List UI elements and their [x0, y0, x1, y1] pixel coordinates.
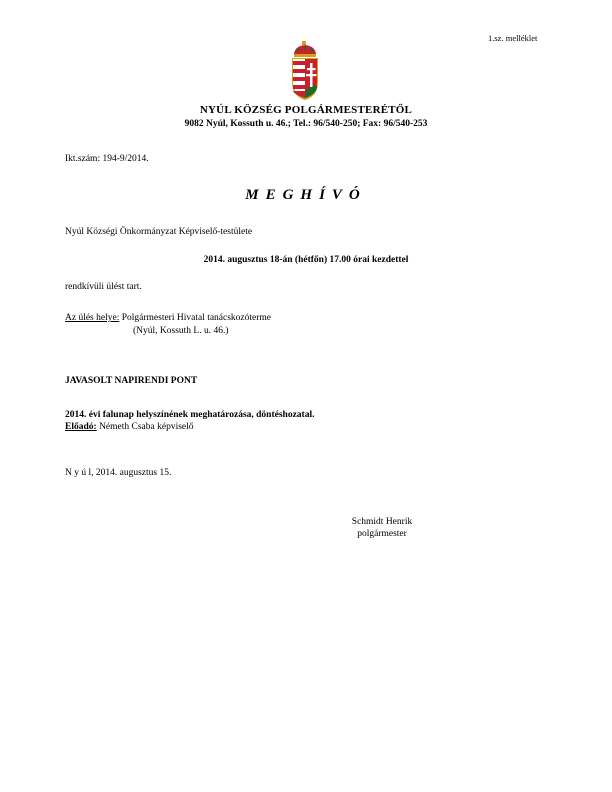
- body-line-council: Nyúl Községi Önkormányzat Képviselő-test…: [65, 227, 252, 237]
- agenda-presenter: Előadó: Németh Csaba képviselő: [65, 422, 194, 432]
- document-title: MEGHÍVÓ: [0, 187, 612, 204]
- issuer-address: 9082 Nyúl, Kossuth u. 46.; Tel.: 96/540-…: [0, 119, 612, 129]
- hungarian-coat-of-arms-icon: [287, 40, 323, 102]
- body-line-extraordinary: rendkívüli ülést tart.: [65, 282, 142, 292]
- dateline: N y ú l, 2014. augusztus 15.: [65, 468, 171, 478]
- presenter-name: Németh Csaba képviselő: [99, 422, 193, 432]
- location-address: (Nyúl, Kossuth L. u. 46.): [133, 326, 229, 336]
- location-label: Az ülés helye:: [65, 313, 119, 323]
- annex-label: 1.sz. melléklet: [488, 33, 537, 43]
- signer-name: Schmidt Henrik: [342, 517, 422, 527]
- reference-number: Ikt.szám: 194-9/2014.: [65, 154, 149, 164]
- body-line-meeting-date: 2014. augusztus 18-án (hétfőn) 17.00 óra…: [0, 255, 612, 265]
- agenda-heading: JAVASOLT NAPIRENDI PONT: [65, 376, 197, 386]
- agenda-item: 2014. évi falunap helyszínének meghatáro…: [65, 410, 314, 420]
- signer-title: polgármester: [342, 529, 422, 539]
- issuer-title: NYÚL KÖZSÉG POLGÁRMESTERÉTŐL: [0, 104, 612, 116]
- presenter-label: Előadó:: [65, 422, 97, 432]
- meeting-location: Az ülés helye: Polgármesteri Hivatal tan…: [65, 313, 271, 323]
- location-place: Polgármesteri Hivatal tanácskozóterme: [122, 313, 271, 323]
